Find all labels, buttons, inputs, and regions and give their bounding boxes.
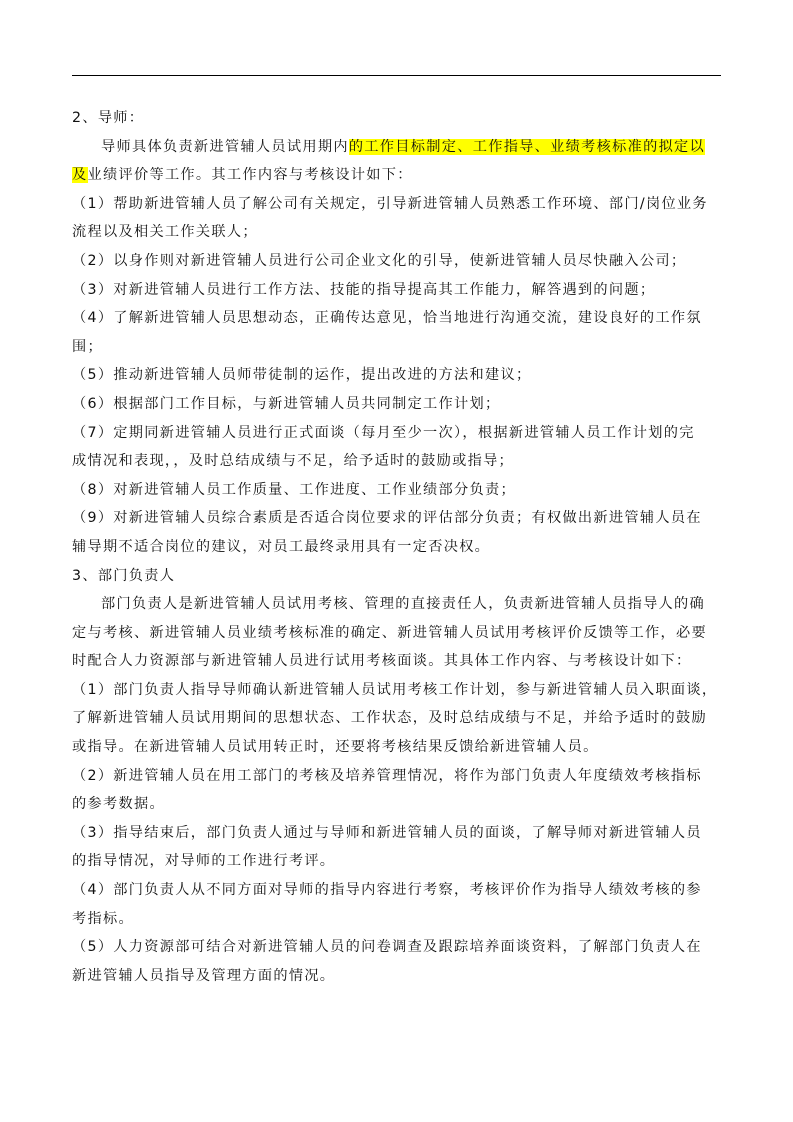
section-2-heading: 2、导师： xyxy=(72,104,722,133)
mentor-item-7-line-2: 成情况和表现，，及时总结成绩与不足，给予适时的鼓励或指导； xyxy=(72,447,722,476)
highlighted-text: 及 xyxy=(72,167,88,183)
mentor-item-6: （6）根据部门工作目标，与新进管辅人员共同制定工作计划； xyxy=(72,390,722,419)
mentor-item-3: （3）对新进管辅人员进行工作方法、技能的指导提高其工作能力，解答遇到的问题； xyxy=(72,276,722,305)
mentor-item-8: （8）对新进管辅人员工作质量、工作进度、工作业绩部分负责； xyxy=(72,476,722,505)
document-body: 2、导师： 导师具体负责新进管辅人员试用期内的工作目标制定、工作指导、业绩考核标… xyxy=(72,104,722,990)
mentor-item-4-line-2: 围； xyxy=(72,333,722,362)
mentor-item-9-line-1: （9）对新进管辅人员综合素质是否适合岗位要求的评估部分负责；有权做出新进管辅人员… xyxy=(72,504,722,533)
dept-item-5-line-2: 新进管辅人员指导及管理方面的情况。 xyxy=(72,962,722,991)
intro-plain-text: 业绩评价等工作。其工作内容与考核设计如下： xyxy=(88,167,413,183)
dept-item-3-line-2: 的指导情况，对导师的工作进行考评。 xyxy=(72,847,722,876)
section-2-intro-line-2: 及业绩评价等工作。其工作内容与考核设计如下： xyxy=(72,161,722,190)
dept-item-5-line-1: （5）人力资源部可结合对新进管辅人员的问卷调查及跟踪培养面谈资料，了解部门负责人… xyxy=(72,933,722,962)
dept-item-1-line-3: 或指导。在新进管辅人员试用转正时，还要将考核结果反馈给新进管辅人员。 xyxy=(72,733,722,762)
mentor-item-1-line-1: （1）帮助新进管辅人员了解公司有关规定，引导新进管辅人员熟悉工作环境、部门/岗位… xyxy=(72,190,722,219)
dept-item-4-line-2: 考指标。 xyxy=(72,905,722,934)
section-3-heading: 3、部门负责人 xyxy=(72,562,722,591)
mentor-item-5: （5）推动新进管辅人员师带徒制的运作，提出改进的方法和建议； xyxy=(72,361,722,390)
dept-item-2-line-2: 的参考数据。 xyxy=(72,790,722,819)
section-3-intro-line-2: 定与考核、新进管辅人员业绩考核标准的确定、新进管辅人员试用考核评价反馈等工作，必… xyxy=(72,619,722,648)
dept-item-1-line-2: 了解新进管辅人员试用期间的思想状态、工作状态，及时总结成绩与不足，并给予适时的鼓… xyxy=(72,704,722,733)
mentor-item-9-line-2: 辅导期不适合岗位的建议，对员工最终录用具有一定否决权。 xyxy=(72,533,722,562)
section-3-intro-line-1: 部门负责人是新进管辅人员试用考核、管理的直接责任人，负责新进管辅人员指导人的确 xyxy=(72,590,722,619)
mentor-item-4-line-1: （4）了解新进管辅人员思想动态，正确传达意见，恰当地进行沟通交流，建设良好的工作… xyxy=(72,304,722,333)
header-rule xyxy=(72,75,721,76)
section-3-intro-line-3: 时配合人力资源部与新进管辅人员进行试用考核面谈。其具体工作内容、与考核设计如下： xyxy=(72,647,722,676)
highlighted-text: 的工作目标制定、工作指导、业绩考核标准的拟定以 xyxy=(349,139,705,155)
dept-item-1-line-1: （1）部门负责人指导导师确认新进管辅人员试用考核工作计划，参与新进管辅人员入职面… xyxy=(72,676,722,705)
intro-plain-text: 导师具体负责新进管辅人员试用期内 xyxy=(101,139,349,155)
mentor-item-7-line-1: （7）定期同新进管辅人员进行正式面谈（每月至少一次），根据新进管辅人员工作计划的… xyxy=(72,419,722,448)
mentor-item-1-line-2: 流程以及相关工作关联人； xyxy=(72,218,722,247)
section-2-intro-line-1: 导师具体负责新进管辅人员试用期内的工作目标制定、工作指导、业绩考核标准的拟定以 xyxy=(72,133,722,162)
dept-item-4-line-1: （4）部门负责人从不同方面对导师的指导内容进行考察，考核评价作为指导人绩效考核的… xyxy=(72,876,722,905)
mentor-item-2: （2）以身作则对新进管辅人员进行公司企业文化的引导，使新进管辅人员尽快融入公司； xyxy=(72,247,722,276)
dept-item-2-line-1: （2）新进管辅人员在用工部门的考核及培养管理情况，将作为部门负责人年度绩效考核指… xyxy=(72,762,722,791)
dept-item-3-line-1: （3）指导结束后，部门负责人通过与导师和新进管辅人员的面谈，了解导师对新进管辅人… xyxy=(72,819,722,848)
